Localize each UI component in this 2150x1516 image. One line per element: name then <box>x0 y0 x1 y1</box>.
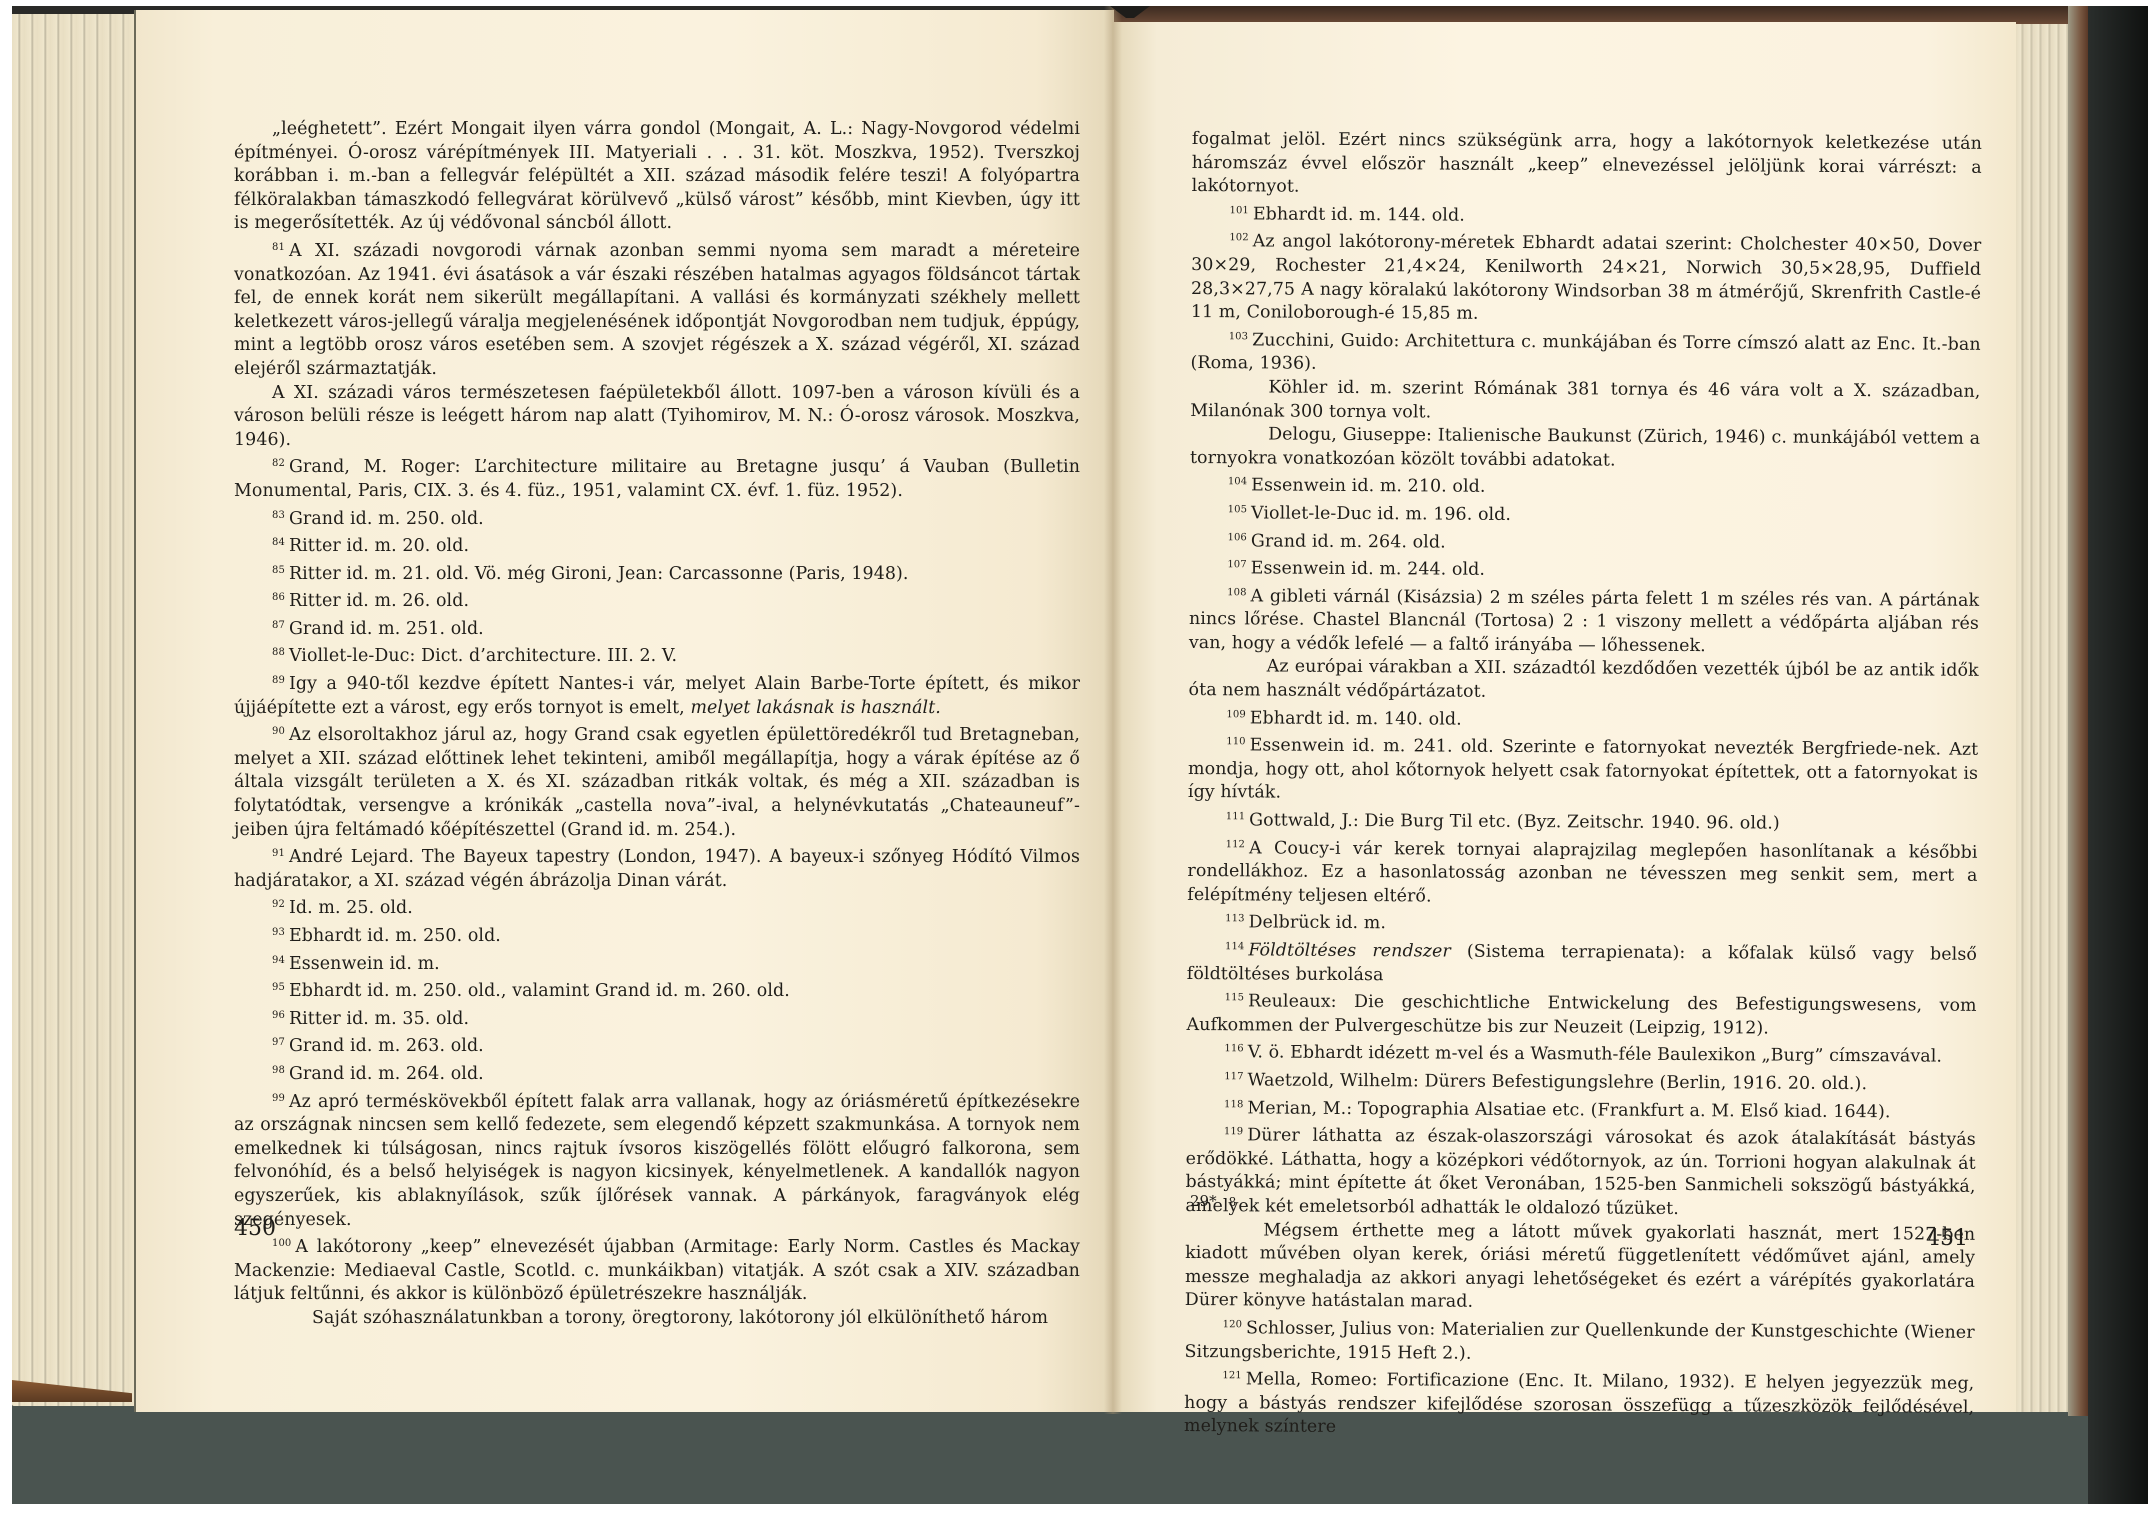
signature-number: 8 <box>1229 1195 1237 1209</box>
footnote-text: Schlosser, Julius von: Materialien zur Q… <box>1184 1318 1974 1363</box>
footnote-text: Grand id. m. 250. old. <box>289 509 484 529</box>
footnote: 121Mella, Romeo: Fortificazione (Enc. It… <box>1184 1364 1974 1444</box>
footnote-number: 91 <box>272 848 285 859</box>
footnote-number: 117 <box>1224 1071 1243 1082</box>
footnote-number: 89 <box>272 675 285 686</box>
footnote-text: Az elsoroltakhoz járul az, hogy Grand cs… <box>234 725 1080 839</box>
footnote-text: A Coucy-i vár kerek tornyai alaprajzilag… <box>1187 838 1977 906</box>
footnote: 88Viollet-le-Duc: Dict. d’architecture. … <box>234 641 1080 669</box>
footnote-text: André Lejard. The Bayeux tapestry (Londo… <box>234 847 1080 891</box>
right-page-text: fogalmat jelöl. Ezért nincs szükségünk a… <box>1184 128 1982 1444</box>
footnote-number: 98 <box>272 1065 285 1076</box>
footnote-text: Grand id. m. 251. old. <box>289 619 484 639</box>
footnote-text: Az apró terméskövekből épített falak arr… <box>234 1092 1080 1230</box>
footnote: 97Grand id. m. 263. old. <box>234 1031 1080 1059</box>
footnote-number: 109 <box>1226 709 1245 720</box>
footnote-number: 94 <box>272 955 285 966</box>
footnote-number: 99 <box>272 1093 285 1104</box>
footnote: 94Essenwein id. m. <box>234 949 1080 977</box>
footnote-text: Id. m. 25. old. <box>289 898 413 918</box>
footnote: 95Ebhardt id. m. 250. old., valamint Gra… <box>234 976 1080 1004</box>
footnote-number: 105 <box>1228 504 1247 515</box>
footnote: 96Ritter id. m. 35. old. <box>234 1004 1080 1032</box>
footnote: 91André Lejard. The Bayeux tapestry (Lon… <box>234 842 1080 893</box>
footnote-number: 93 <box>272 927 285 938</box>
footnote: 102Az angol lakótorony-méretek Ebhardt a… <box>1191 226 1982 329</box>
footnote: 89Igy a 940-től kezdve épített Nantes-i … <box>234 669 1080 720</box>
footnote-text: Waetzold, Wilhelm: Dürers Befestigungsle… <box>1248 1070 1868 1094</box>
footnote-text: Grand id. m. 264. old. <box>289 1064 484 1084</box>
footnote-number: 95 <box>272 982 285 993</box>
footnote-text: A gibleti várnál (Kisázsia) 2 m széles p… <box>1189 586 1979 656</box>
footnote-number: 85 <box>272 565 285 576</box>
right-shadow <box>2088 6 2148 1504</box>
footnote-number: 119 <box>1224 1126 1243 1137</box>
footnote-number: 97 <box>272 1037 285 1048</box>
footnote-text: A lakótorony „keep” elnevezését újabban … <box>234 1237 1080 1304</box>
left-page-edges <box>12 14 134 1406</box>
footnote-number: 82 <box>272 458 285 469</box>
footnote-number: 120 <box>1223 1319 1242 1330</box>
footnote-number: 112 <box>1226 839 1245 850</box>
left-page-text: „leéghetett”. Ezért Mongait ilyen várra … <box>234 118 1080 1331</box>
footnote-number: 107 <box>1227 559 1246 570</box>
footnote-text: Igy a 940-től kezdve épített Nantes-i vá… <box>234 674 1080 718</box>
footnote: 92Id. m. 25. old. <box>234 893 1080 921</box>
footnote-number: 84 <box>272 537 285 548</box>
footnote-text: Essenwein id. m. 244. old. <box>1251 558 1485 579</box>
footnote: 120Schlosser, Julius von: Materialien zu… <box>1184 1313 1974 1369</box>
page-number-right: 451 <box>1926 1226 1968 1251</box>
footnote-number: 102 <box>1229 233 1248 244</box>
footnote-text: Ebhardt id. m. 250. old. <box>289 926 501 946</box>
footnote-number: 81 <box>272 242 285 253</box>
footnote: 119Dürer láthatta az észak-olaszországi … <box>1185 1120 1976 1223</box>
footnote-number: 121 <box>1222 1370 1241 1381</box>
footnote-text: Essenwein id. m. <box>289 954 440 974</box>
paragraph: Az európai várakban a XII. századtól kez… <box>1188 655 1978 707</box>
footnote-text: Essenwein id. m. 210. old. <box>1251 476 1485 497</box>
footnote-number: 111 <box>1226 811 1245 822</box>
footnote-number: 90 <box>272 726 285 737</box>
footnote: 87Grand id. m. 251. old. <box>234 614 1080 642</box>
footnote-italic-tail: melyet lakásnak is használt. <box>690 698 941 718</box>
footnote-number: 87 <box>272 620 285 631</box>
signature-mark: 29*8 <box>1190 1192 1236 1210</box>
footnote: 81A XI. századi novgorodi várnak azonban… <box>234 236 1080 382</box>
footnote-number: 96 <box>272 1010 285 1021</box>
footnote: 83Grand id. m. 250. old. <box>234 504 1080 532</box>
footnote-number: 114 <box>1225 941 1244 952</box>
footnote-number: 106 <box>1227 532 1246 543</box>
footnote-text: Ebhardt id. m. 250. old., valamint Grand… <box>289 981 790 1001</box>
footnote: 99Az apró terméskövekből épített falak a… <box>234 1087 1080 1233</box>
footnote-text: Merian, M.: Topographia Alsatiae etc. (F… <box>1247 1098 1890 1122</box>
footnote-text: Grand, M. Roger: L’architecture militair… <box>234 457 1080 501</box>
footnote: 103Zucchini, Guido: Architettura c. munk… <box>1190 325 1980 381</box>
footnote: 98Grand id. m. 264. old. <box>234 1059 1080 1087</box>
paragraph: Saját szóhasználatunkban a torony, öregt… <box>234 1307 1080 1331</box>
book-gutter <box>1104 6 1122 1414</box>
footnote-text: Grand id. m. 264. old. <box>1251 531 1446 552</box>
footnote: 82Grand, M. Roger: L’architecture milita… <box>234 452 1080 503</box>
footnote-number: 110 <box>1226 736 1245 747</box>
footnote-number: 113 <box>1225 914 1244 925</box>
footnote-number: 88 <box>272 647 285 658</box>
paragraph: Köhler id. m. szerint Rómának 381 tornya… <box>1190 376 1980 428</box>
footnote-number: 104 <box>1228 477 1247 488</box>
page-number-left: 450 <box>234 1216 276 1241</box>
footnote: 90Az elsoroltakhoz járul az, hogy Grand … <box>234 720 1080 842</box>
footnote-text: Grand id. m. 263. old. <box>289 1036 484 1056</box>
footnote: 93Ebhardt id. m. 250. old. <box>234 921 1080 949</box>
footnote-number: 101 <box>1229 205 1248 216</box>
footnote-number: 116 <box>1224 1044 1243 1055</box>
footnote: 105Viollet-le-Duc id. m. 196. old. <box>1190 498 1980 530</box>
footnote: 110Essenwein id. m. 241. old. Szerinte e… <box>1188 730 1978 810</box>
footnote: 100A lakótorony „keep” elnevezését újabb… <box>234 1232 1080 1307</box>
footnote: 117Waetzold, Wilhelm: Dürers Befestigung… <box>1186 1065 1976 1097</box>
footnote: 112A Coucy-i vár kerek tornyai alaprajzi… <box>1187 833 1977 913</box>
footnote-text: Zucchini, Guido: Architettura c. munkájá… <box>1191 330 1981 374</box>
signature-label: 29* <box>1190 1192 1217 1210</box>
footnote: 85Ritter id. m. 21. old. Vö. még Gironi,… <box>234 559 1080 587</box>
footnote-text: Mella, Romeo: Fortificazione (Enc. It. M… <box>1184 1369 1974 1437</box>
footnote-text: Viollet-le-Duc id. m. 196. old. <box>1251 503 1511 525</box>
footnote-number: 118 <box>1224 1099 1243 1110</box>
footnote-number: 103 <box>1229 331 1248 342</box>
footnote-text: Ebhardt id. m. 144. old. <box>1253 204 1465 225</box>
footnote-text: Reuleaux: Die geschichtliche Entwickelun… <box>1186 992 1976 1039</box>
continued-paragraph: fogalmat jelöl. Ezért nincs szükségünk a… <box>1192 128 1982 204</box>
paragraph: A XI. századi város természetesen faépül… <box>234 382 1080 453</box>
right-page-edges <box>2016 24 2068 1412</box>
footnote: 108A gibleti várnál (Kisázsia) 2 m széle… <box>1189 581 1979 661</box>
footnote: 115Reuleaux: Die geschichtliche Entwicke… <box>1186 986 1976 1042</box>
footnote-text: Delbrück id. m. <box>1248 913 1386 934</box>
footnote-text: Ritter id. m. 35. old. <box>289 1009 469 1029</box>
footnote-text: Az angol lakótorony-méretek Ebhardt adat… <box>1191 232 1982 324</box>
footnote: 111Gottwald, J.: Die Burg Til etc. (Byz.… <box>1188 805 1978 837</box>
footnote-italic-lead: Földtöltéses rendszer <box>1248 940 1451 961</box>
paragraph: Mégsem érthette meg a látott művek gyako… <box>1185 1219 1976 1318</box>
footnote-number: 115 <box>1225 992 1244 1003</box>
footnote-text: A XI. századi novgorodi várnak azonban s… <box>234 241 1080 379</box>
footnote-text: Dürer láthatta az észak-olaszországi vár… <box>1185 1126 1976 1219</box>
footnote-text: Essenwein id. m. 241. old. Szerinte e fa… <box>1188 736 1978 803</box>
footnote-text: Viollet-le-Duc: Dict. d’architecture. II… <box>289 646 677 666</box>
footnote-text: Ritter id. m. 20. old. <box>289 536 469 556</box>
footnote-number: 83 <box>272 510 285 521</box>
footnote-text: Ritter id. m. 26. old. <box>289 591 469 611</box>
footnote-number: 86 <box>272 592 285 603</box>
footnote: 86Ritter id. m. 26. old. <box>234 586 1080 614</box>
footnote-text: Ebhardt id. m. 140. old. <box>1250 708 1462 729</box>
footnote: 84Ritter id. m. 20. old. <box>234 531 1080 559</box>
book-cover-right-edge <box>2068 6 2088 1416</box>
paragraph: Delogu, Giuseppe: Italienische Baukunst … <box>1190 423 1980 475</box>
footnote-number: 108 <box>1227 587 1246 598</box>
footnote-text: Ritter id. m. 21. old. Vö. még Gironi, J… <box>289 564 909 584</box>
footnote-text: Gottwald, J.: Die Burg Til etc. (Byz. Ze… <box>1249 810 1780 833</box>
footnote-text: V. ö. Ebhardt idézett m-vel és a Wasmuth… <box>1248 1043 1942 1067</box>
footnote-number: 92 <box>272 899 285 910</box>
footnote: 107Essenwein id. m. 244. old. <box>1189 553 1979 585</box>
paragraph: „leéghetett”. Ezért Mongait ilyen várra … <box>234 118 1080 236</box>
footnote: 114Földtöltéses rendszer (Sistema terrap… <box>1187 935 1977 991</box>
